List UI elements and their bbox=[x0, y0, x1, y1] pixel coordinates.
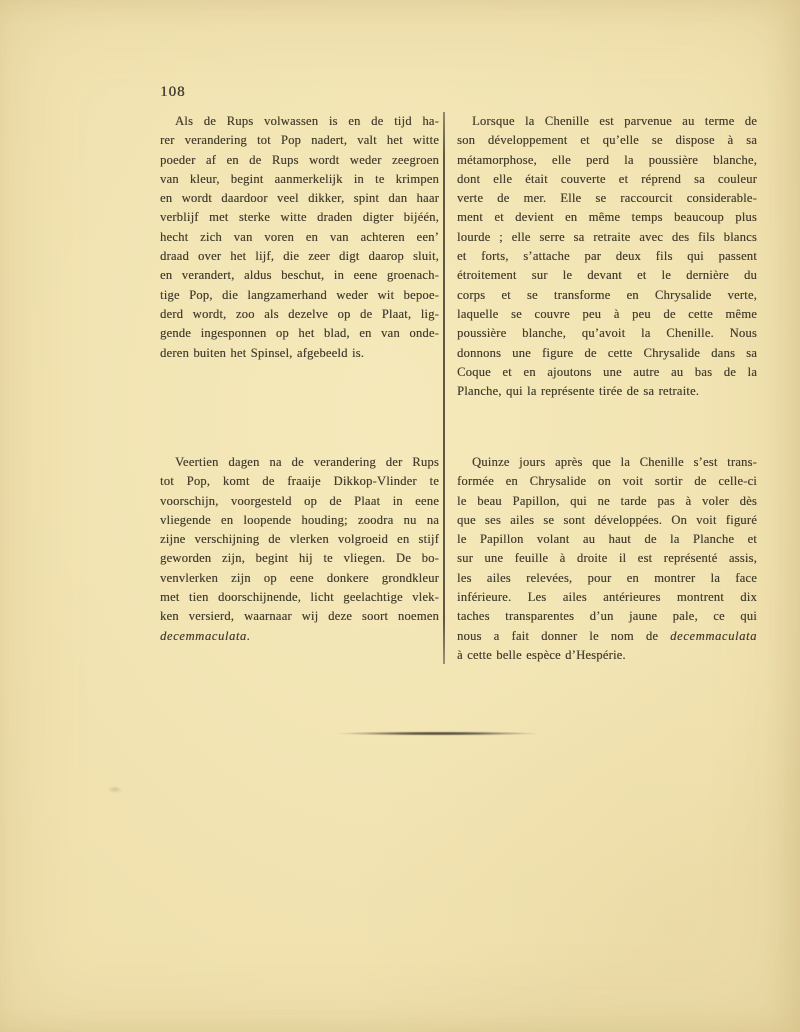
text-line: corps et se transforme en Chrysalide ver… bbox=[457, 286, 757, 305]
text-line: vliegende en loopende houding; zoodra nu… bbox=[160, 511, 439, 530]
text-line: geworden zijn, begint hij te vliegen. De… bbox=[160, 549, 439, 568]
text-line: Quinze jours après que la Chenille s’est… bbox=[457, 453, 757, 472]
left-column-paragraph-1: Als de Rups volwassen is en de tijd ha-r… bbox=[160, 112, 439, 363]
text-line: étroitement sur le devant et le dernière… bbox=[457, 266, 757, 285]
text-line: verblijf met sterke witte draden digter … bbox=[160, 208, 439, 227]
text-line: venvlerken zijn op eene donkere grondkle… bbox=[160, 569, 439, 588]
text-line: laquelle se couvre peu à peu de cette mê… bbox=[457, 305, 757, 324]
text-line: met tien doorschijnende, licht geelachti… bbox=[160, 588, 439, 607]
text-line: et forts, s’attache par deux fils qui pa… bbox=[457, 247, 757, 266]
column-divider-rule bbox=[443, 112, 445, 664]
text-line: le Papillon volant au haut de la Planche… bbox=[457, 530, 757, 549]
text-line: le beau Papillon, qui ne tarde pas à vol… bbox=[457, 492, 757, 511]
text-line: dont elle était couverte et réprend sa c… bbox=[457, 170, 757, 189]
text-line: en wordt daardoor veel dikker, spint dan… bbox=[160, 189, 439, 208]
text-line: que ses ailes se sont développées. On vo… bbox=[457, 511, 757, 530]
text-line: voorschijn, voorgesteld op de Plaat in e… bbox=[160, 492, 439, 511]
text-line: tige Pop, die langzamerhand weder wit be… bbox=[160, 286, 439, 305]
text-line: poussière blanche, qu’avoit la Chenille.… bbox=[457, 324, 757, 343]
text-line: rer verandering tot Pop nadert, valt het… bbox=[160, 131, 439, 150]
text-line: métamorphose, elle perd la poussière bla… bbox=[457, 151, 757, 170]
text-line: sur une feuille à droite il est représen… bbox=[457, 549, 757, 568]
text-line: deren buiten het Spinsel, afgebeeld is. bbox=[160, 344, 439, 363]
text-line: Lorsque la Chenille est parvenue au term… bbox=[457, 112, 757, 131]
left-column-paragraph-2: Veertien dagen na de verandering der Rup… bbox=[160, 453, 439, 646]
right-column-paragraph-1: Lorsque la Chenille est parvenue au term… bbox=[457, 112, 757, 401]
text-line: en verandert, aldus beschut, in eene gro… bbox=[160, 266, 439, 285]
text-line: lourde ; elle serre sa retraite avec des… bbox=[457, 228, 757, 247]
text-line: tot Pop, komt de fraaije Dikkop-Vlinder … bbox=[160, 472, 439, 491]
text-line: les ailes relevées, pour en montrer la f… bbox=[457, 569, 757, 588]
text-line: zijne verschijning de vlerken volgroeid … bbox=[160, 530, 439, 549]
text-line: van kleur, begint aanmerkelijk in te kri… bbox=[160, 170, 439, 189]
text-line: ken versierd, waarnaar wij deze soort no… bbox=[160, 607, 439, 626]
text-line: poeder af en de Rups wordt weder zeegroe… bbox=[160, 151, 439, 170]
text-line: inférieure. Les ailes antérieures montre… bbox=[457, 588, 757, 607]
paper-smudge bbox=[108, 786, 122, 793]
text-line: Veertien dagen na de verandering der Rup… bbox=[160, 453, 439, 472]
section-end-rule bbox=[335, 731, 541, 736]
text-line: draad over het lijf, die zeer digt daaro… bbox=[160, 247, 439, 266]
text-line: Planche, qui la représente tirée de sa r… bbox=[457, 382, 757, 401]
text-line: decemmaculata. bbox=[160, 627, 439, 646]
text-line: derd wordt, zoo als dezelve op de Plaat,… bbox=[160, 305, 439, 324]
text-line: gende ingesponnen op het blad, en van on… bbox=[160, 324, 439, 343]
text-line: donnons une figure de cette Chrysalide d… bbox=[457, 344, 757, 363]
book-page-scan: 108 Als de Rups volwassen is en de tijd … bbox=[0, 0, 800, 1032]
text-line: hecht zich van voren en van achteren een… bbox=[160, 228, 439, 247]
text-line: à cette belle espèce d’Hespérie. bbox=[457, 646, 757, 665]
text-line: taches transparentes d’un jaune pale, ce… bbox=[457, 607, 757, 626]
text-line: verte de mer. Elle se raccourcit conside… bbox=[457, 189, 757, 208]
text-line: nous a fait donner le nom de decemmacula… bbox=[457, 627, 757, 646]
text-line: ment et devient en même temps beaucoup p… bbox=[457, 208, 757, 227]
page-number: 108 bbox=[160, 84, 186, 101]
text-line: Als de Rups volwassen is en de tijd ha- bbox=[160, 112, 439, 131]
right-column-paragraph-2: Quinze jours après que la Chenille s’est… bbox=[457, 453, 757, 665]
text-line: formée en Chrysalide on voit sortir de c… bbox=[457, 472, 757, 491]
text-line: son développement et qu’elle se dispose … bbox=[457, 131, 757, 150]
text-line: Coque et en ajoutons une autre au bas de… bbox=[457, 363, 757, 382]
